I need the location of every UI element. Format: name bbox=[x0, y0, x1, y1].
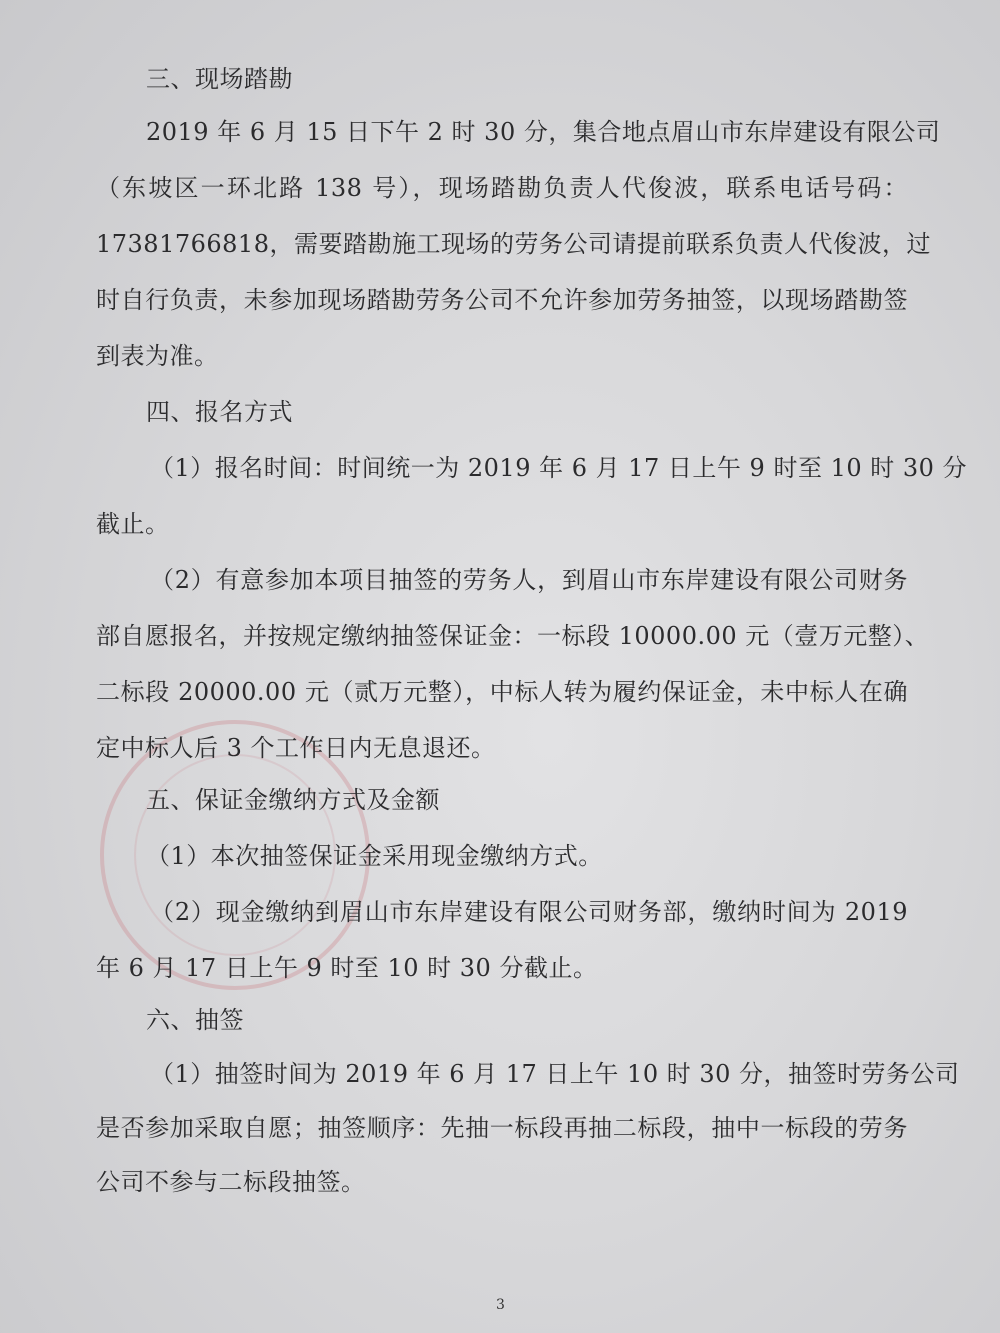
paragraph-line: 年 6 月 17 日上午 9 时至 10 时 30 分截止。 bbox=[96, 953, 908, 983]
paragraph-line: （1）本次抽签保证金采用现金缴纳方式。 bbox=[146, 841, 958, 871]
paragraph-line: 部自愿报名，并按规定缴纳抽签保证金：一标段 10000.00 元（壹万元整）、 bbox=[96, 621, 908, 651]
paragraph-line: （1）报名时间：时间统一为 2019 年 6 月 17 日上午 9 时至 10 … bbox=[150, 453, 908, 483]
section-heading-lottery: 六、抽签 bbox=[146, 1005, 958, 1035]
paragraph-line: 公司不参与二标段抽签。 bbox=[96, 1167, 908, 1197]
paragraph-line: 定中标人后 3 个工作日内无息退还。 bbox=[96, 733, 908, 763]
paragraph-line: 是否参加采取自愿；抽签顺序：先抽一标段再抽二标段，抽中一标段的劳务 bbox=[96, 1113, 908, 1143]
section-heading-deposit: 五、保证金缴纳方式及金额 bbox=[146, 785, 958, 815]
section-heading-registration: 四、报名方式 bbox=[146, 397, 958, 427]
paragraph-line: （东坡区一环北路 138 号），现场踏勘负责人代俊波，联系电话号码： bbox=[96, 173, 908, 203]
section-heading-site-survey: 三、现场踏勘 bbox=[146, 64, 958, 94]
paragraph-line: （2）现金缴纳到眉山市东岸建设有限公司财务部，缴纳时间为 2019 bbox=[150, 897, 908, 927]
paragraph-line: （2）有意参加本项目抽签的劳务人，到眉山市东岸建设有限公司财务 bbox=[150, 565, 908, 595]
paragraph-line: 到表为准。 bbox=[96, 341, 908, 371]
document-page: 三、现场踏勘 2019 年 6 月 15 日下午 2 时 30 分，集合地点眉山… bbox=[0, 0, 1000, 1333]
paragraph-line: 二标段 20000.00 元（贰万元整），中标人转为履约保证金，未中标人在确 bbox=[96, 677, 908, 707]
paragraph-line: 时自行负责，未参加现场踏勘劳务公司不允许参加劳务抽签，以现场踏勘签 bbox=[96, 285, 908, 315]
paragraph-line: 17381766818，需要踏勘施工现场的劳务公司请提前联系负责人代俊波，过 bbox=[96, 229, 908, 259]
page-number: 3 bbox=[496, 1297, 505, 1313]
paragraph-line: 截止。 bbox=[96, 509, 908, 539]
paragraph-line: 2019 年 6 月 15 日下午 2 时 30 分，集合地点眉山市东岸建设有限… bbox=[146, 117, 908, 147]
paragraph-line: （1）抽签时间为 2019 年 6 月 17 日上午 10 时 30 分，抽签时… bbox=[150, 1059, 908, 1089]
